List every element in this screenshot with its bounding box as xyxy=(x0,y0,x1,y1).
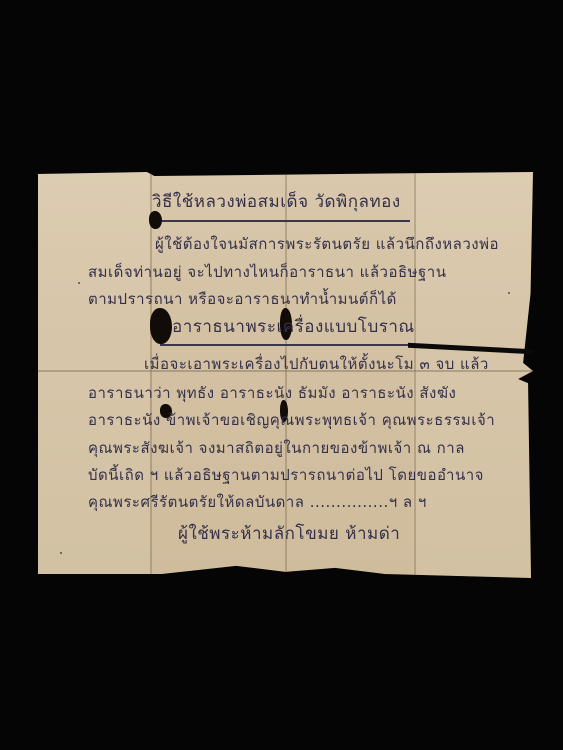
fold-panel xyxy=(38,172,150,578)
signature-line: ผู้ใช้พระห้ามลักโขมย ห้ามด่า xyxy=(178,520,400,547)
paragraph-line: เมื่อจะเอาพระเครื่องไปกับตนให้ตั้งนะโม ๓… xyxy=(144,352,489,376)
paper-speck xyxy=(508,292,510,294)
paragraph-line: อาราธนาว่า พุทธัง อาราธะนัง ธัมมัง อาราธ… xyxy=(88,381,456,405)
paragraph-line: ตามปรารถนา หรือจะอาราธนาทำน้ำมนต์ก็ได้ xyxy=(88,287,397,311)
paragraph-line: บัดนี้เถิด ฯ แล้วอธิษฐานตามปรารถนาต่อไป … xyxy=(88,463,484,487)
paragraph-line: คุณพระสังฆเจ้า จงมาสถิตอยู่ในกายของข้าพเ… xyxy=(88,436,465,460)
paragraph-line: คุณพระศรีรัตนตรัยให้ดลบันดาล ...........… xyxy=(88,490,427,514)
paragraph-line: อาราธะนัง ข้าพเจ้าขอเชิญคุณพระพุทธเจ้า ค… xyxy=(88,408,495,432)
paper-speck xyxy=(78,282,80,284)
subtitle-underline xyxy=(160,344,408,346)
document-title: วิธีใช้หลวงพ่อสมเด็จ วัดพิกุลทอง xyxy=(152,188,401,215)
paragraph-line: ผู้ใช้ต้องใจนมัสการพระรัตนตรัย แล้วนึกถึ… xyxy=(155,232,499,256)
title-underline xyxy=(162,220,410,222)
burn-hole xyxy=(150,308,172,344)
document-subtitle: อาราธนาพระเครื่องแบบโบราณ xyxy=(172,313,415,340)
paragraph-line: สมเด็จท่านอยู่ จะไปทางไหนก็อาราธนา แล้วอ… xyxy=(88,260,446,284)
paper-speck xyxy=(60,552,62,554)
